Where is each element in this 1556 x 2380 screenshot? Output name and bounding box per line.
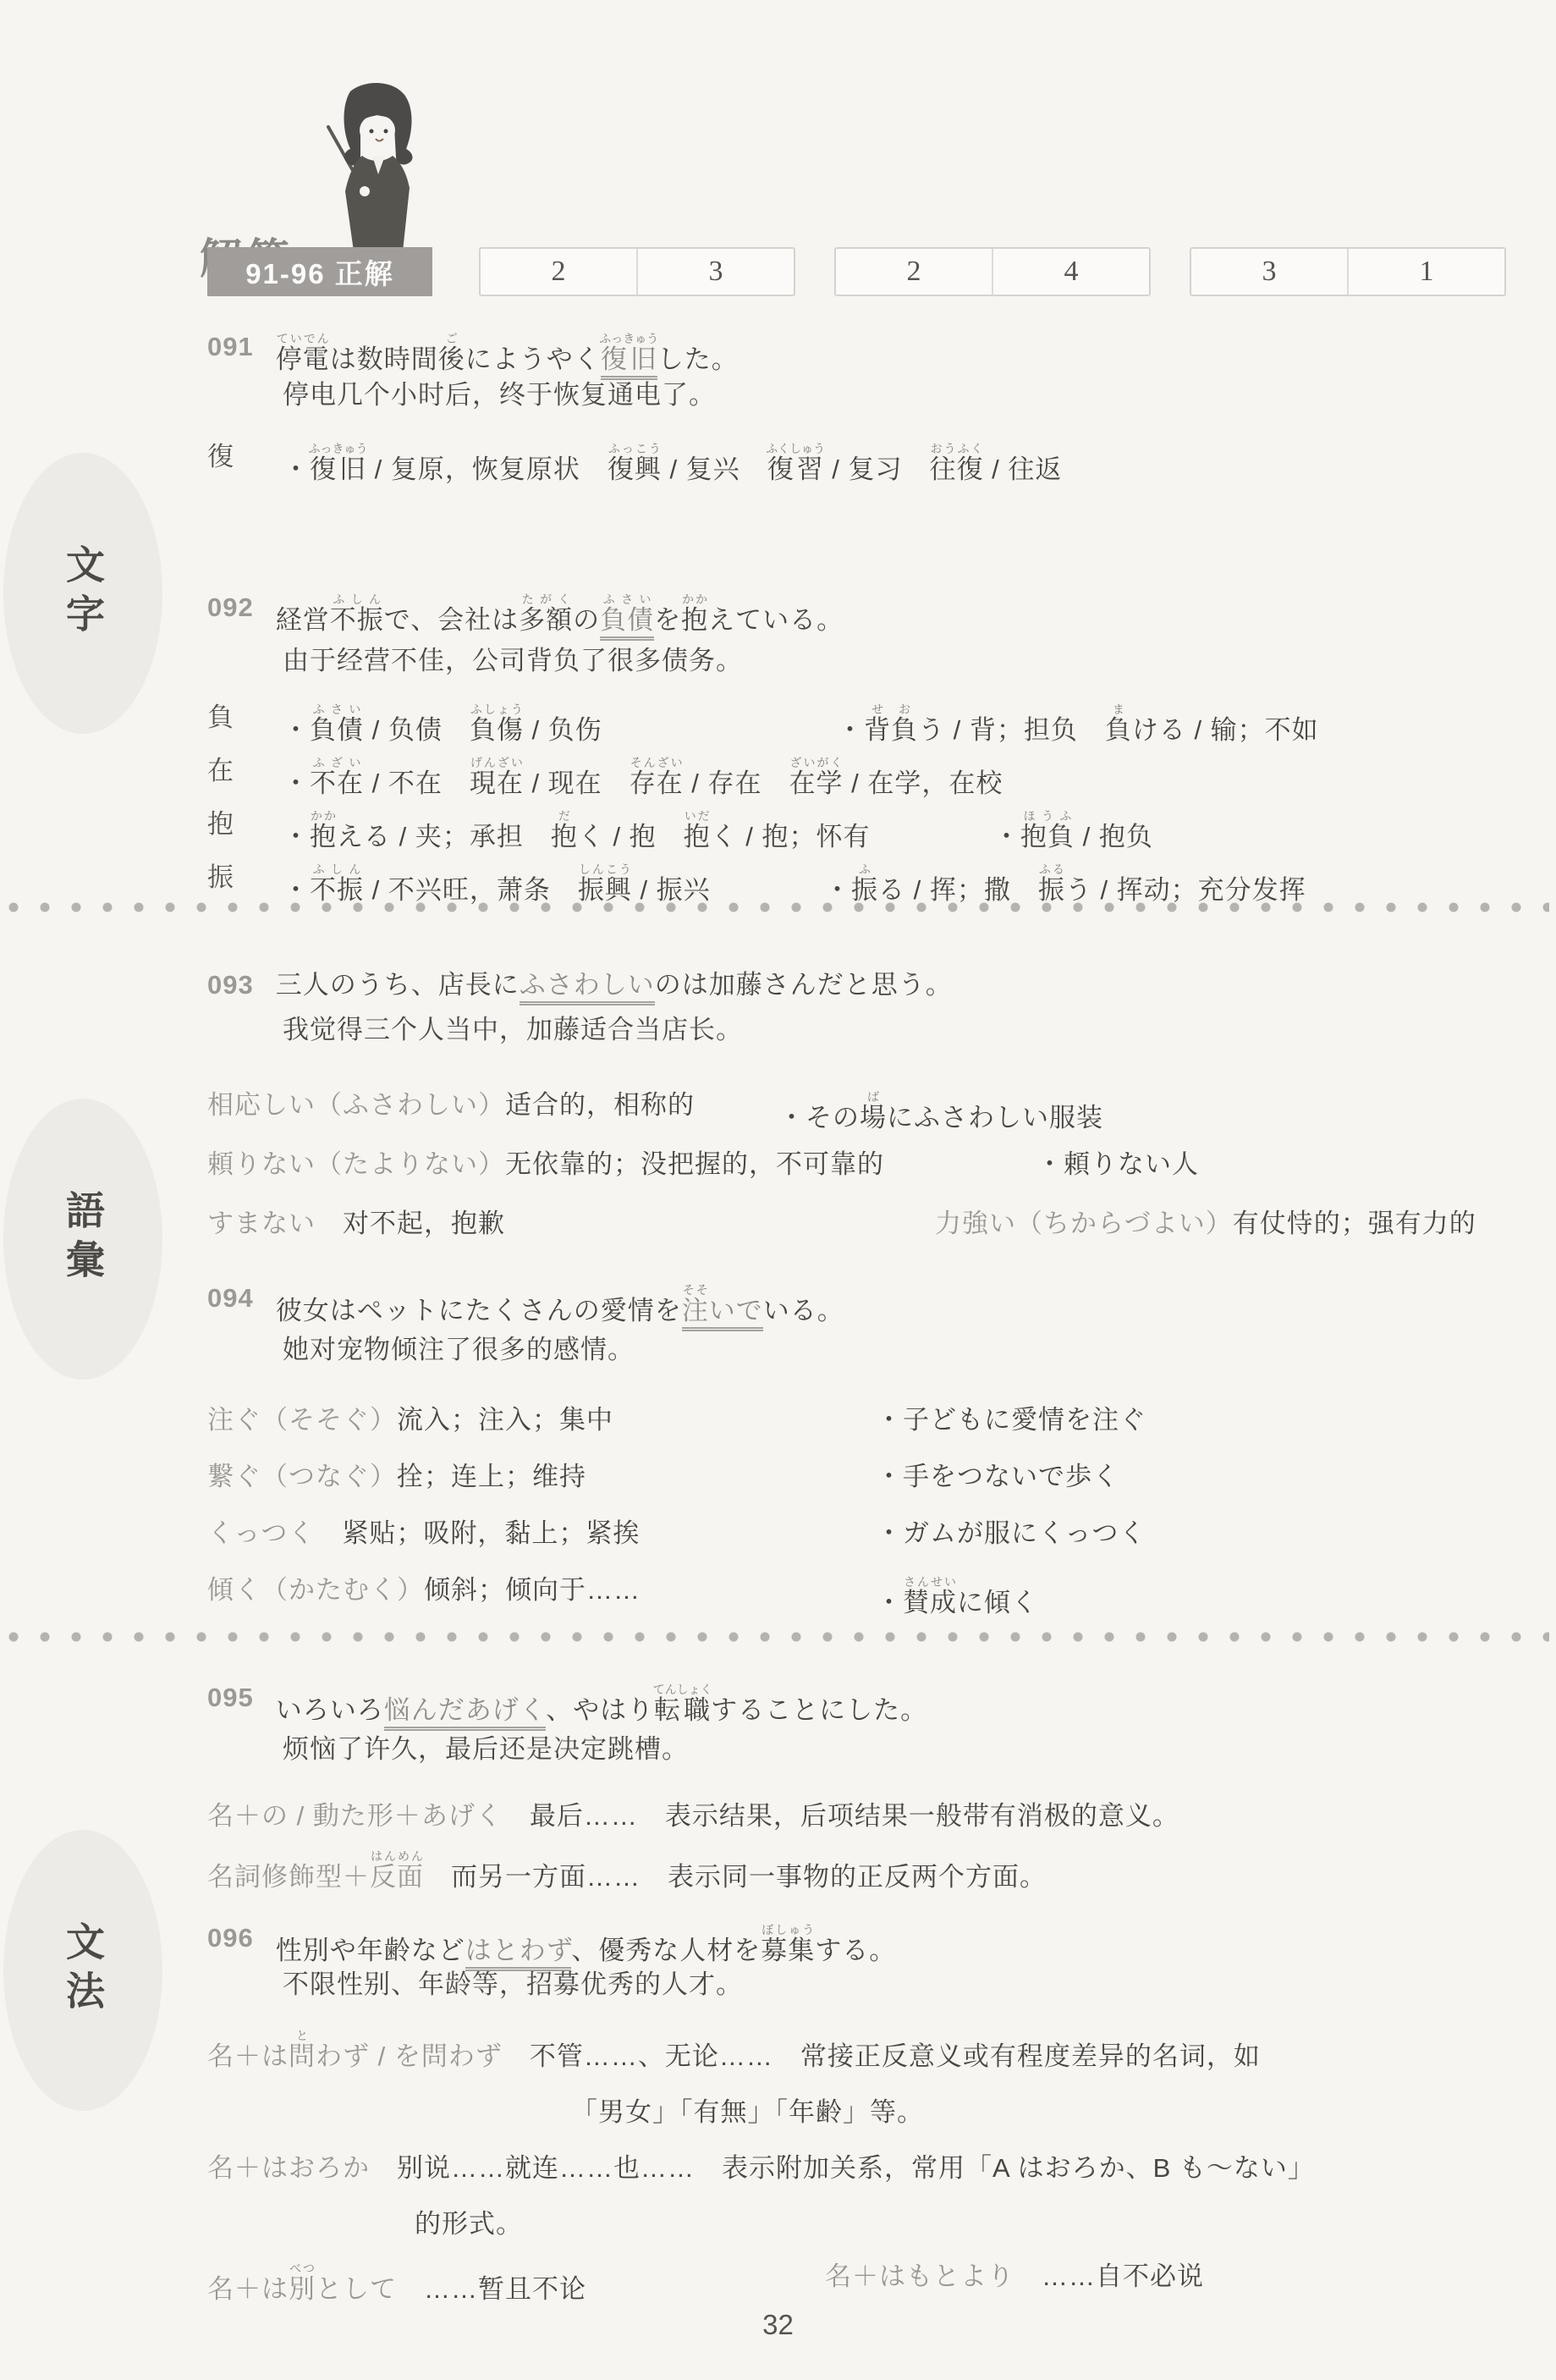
question-number: 093: [207, 970, 254, 1000]
vocab-entry: 相応しい（ふさわしい）适合的，相称的: [207, 1090, 778, 1133]
kanji-row: 復 ・復旧ふっきゅう / 复原，恢复原状 復興ふっこう / 复兴 復習ふくしゅう…: [207, 425, 1062, 485]
answer-value: 4: [992, 249, 1149, 295]
question-sentence: 性別や年齢などはとわず、優秀な人材を募集ぼしゅうする。: [276, 1923, 897, 1966]
question-095: 095 いろいろ悩んだあげく、やはり転職てんしょくすることにした。: [207, 1666, 927, 1726]
kanji-row: 負 ・負債ふさい / 负债 負傷ふしょう / 负伤 ・背負せおう / 背；担负 …: [207, 686, 1319, 746]
vocab-example: ・賛成さんせいに傾く: [876, 1575, 1038, 1618]
answer-box-group: 2 3: [479, 247, 795, 296]
vocab-row: すまない 对不起，抱歉 力強い（ちからづよい）有仗恃的；强有力的: [207, 1192, 1476, 1239]
vocab-entry: 頼りない（たよりない）无依靠的；没把握的，不可靠的: [207, 1149, 1036, 1180]
grammar-pattern: 名詞修飾型＋反面はんめん 而另一方面…… 表示同一事物的正反两个方面。: [207, 1862, 1047, 1892]
vocab-row: 繋ぐ（つなぐ）拴；连上；维持 ・手をつないで歩く: [207, 1445, 1119, 1492]
vocab-row: 相応しい（ふさわしい）适合的，相称的 ・その場ばにふさわしい服装: [207, 1073, 1103, 1133]
vocab-entry: くっつく 紧贴；吸附，黏上；紧挨: [207, 1518, 876, 1549]
grammar-pattern: 名＋は問とわず / を問わず 不管……、无论…… 常接正反意义或有程度差异的名词…: [207, 2041, 1261, 2071]
sidebar-tab-bunpou: 文法: [3, 1830, 162, 2111]
chinese-translation: 她对宠物倾注了很多的感情。: [283, 1334, 635, 1365]
grammar-row: 名＋は問とわず / を問わず 不管……、无论…… 常接正反意义或有程度差异的名词…: [207, 2025, 1261, 2072]
sidebar-tab-label: 語彙: [55, 1190, 111, 1288]
question-094: 094 彼女はペットにたくさんの愛情を注そそいでいる。: [207, 1266, 844, 1326]
answer-value: 3: [636, 249, 794, 295]
vocab-row: くっつく 紧贴；吸附，黏上；紧挨 ・ガムが服にくっつく: [207, 1501, 1146, 1549]
sidebar-tab-label: 文字: [55, 544, 111, 642]
question-number: 095: [207, 1683, 254, 1713]
answer-range-badge: 91-96 正解: [207, 247, 432, 296]
dotted-separator: [7, 1630, 1549, 1644]
chinese-translation: 不限性别、年龄等，招募优秀的人才。: [283, 1969, 743, 2000]
sidebar-tab-label: 文法: [55, 1921, 111, 2019]
kanji-label: 復: [207, 442, 283, 472]
question-sentence: 三人のうち、店長にふさわしいのは加藤さんだと思う。: [276, 970, 953, 1000]
kanji-label: 振: [207, 862, 283, 893]
chinese-translation: 由于经营不佳，公司背负了很多债务。: [283, 645, 743, 676]
answer-value: 1: [1347, 249, 1504, 295]
vocab-entry: すまない 对不起，抱歉: [207, 1209, 935, 1239]
grammar-row: 名＋は別べつとして ……暂且不论 名＋はもとより ……自不必说: [207, 2245, 1204, 2305]
question-092: 092 経営不振ふしんで、会社は多額たがくの負債ふさいを抱かかえている。: [207, 576, 844, 636]
vocab-entry: 繋ぐ（つなぐ）拴；连上；维持: [207, 1462, 876, 1492]
grammar-explanation: 「男女」「有無」「年齢」等。: [571, 2097, 924, 2127]
grammar-pattern: 名＋はおろか 别说……就连……也…… 表示附加关系，常用「A はおろか、B も～…: [207, 2153, 1315, 2183]
vocab-example: ・ガムが服にくっつく: [876, 1518, 1146, 1549]
kanji-row: 振 ・不振ふしん / 不兴旺，萧条 振興しんこう / 振兴 ・振ふる / 挥；撒…: [207, 846, 1306, 906]
grammar-pattern: 名＋は別べつとして ……暂且不论: [207, 2262, 825, 2305]
vocab-entry: 注ぐ（そそぐ）流入；注入；集中: [207, 1405, 876, 1435]
vocab-entry: 傾く（かたむく）倾斜；倾向于……: [207, 1575, 876, 1618]
question-096: 096 性別や年齢などはとわず、優秀な人材を募集ぼしゅうする。: [207, 1906, 896, 1966]
vocab-example: ・子どもに愛情を注ぐ: [876, 1405, 1146, 1435]
grammar-row: 名詞修飾型＋反面はんめん 而另一方面…… 表示同一事物的正反两个方面。: [207, 1845, 1047, 1892]
grammar-row: 名＋の / 動た形＋あげく 最后…… 表示结果，后项结果一般带有消极的意义。: [207, 1784, 1179, 1832]
kanji-label: 在: [207, 756, 283, 786]
chinese-translation: 停电几个小时后，终于恢复通电了。: [283, 379, 716, 410]
kanji-row: 在 ・不在ふざい / 不在 現在げんざい / 现在 存在そんざい / 存在 在学…: [207, 739, 1003, 799]
dotted-separator: [7, 901, 1549, 914]
sidebar-tab-moji: 文字: [3, 453, 162, 734]
sidebar-tab-goi: 語彙: [3, 1099, 162, 1380]
grammar-row-continuation: 「男女」「有無」「年齢」等。: [207, 2080, 924, 2128]
kanji-definitions: ・振ふる / 挥；撒 振ふるう / 挥动；充分发挥: [824, 862, 1306, 906]
kanji-row: 抱 ・抱かかえる / 夹；承担 抱だく / 抱 抱いだく / 抱；怀有 ・抱負ほ…: [207, 792, 1153, 852]
grammar-explanation: 的形式。: [415, 2209, 523, 2239]
vocab-example: ・頼りない人: [1036, 1149, 1199, 1180]
kanji-definitions: ・不振ふしん / 不兴旺，萧条 振興しんこう / 振兴: [283, 862, 824, 906]
vocab-entry: 力強い（ちからづよい）有仗恃的；强有力的: [935, 1209, 1476, 1239]
question-091: 091 停電ていでんは数時間後ごにようやく復旧ふっきゅうした。: [207, 315, 739, 375]
question-number: 096: [207, 1923, 254, 1953]
question-number: 092: [207, 592, 254, 623]
vocab-example: ・手をつないで歩く: [876, 1462, 1119, 1492]
grammar-pattern: 名＋の / 動た形＋あげく 最后…… 表示结果，后项结果一般带有消极的意义。: [207, 1801, 1179, 1831]
kanji-label: 抱: [207, 809, 283, 840]
scanned-textbook-page: 解答 91-96 正解 2 3 2 4 3 1 文字 語彙 文法 091 停電て…: [0, 0, 1556, 2380]
page-number: 32: [0, 2309, 1556, 2341]
grammar-row-continuation: 的形式。: [207, 2192, 523, 2240]
teacher-illustration: [315, 78, 442, 260]
answer-value: 2: [481, 249, 636, 295]
grammar-row: 名＋はおろか 别说……就连……也…… 表示附加关系，常用「A はおろか、B も～…: [207, 2136, 1315, 2184]
vocab-row: 注ぐ（そそぐ）流入；注入；集中 ・子どもに愛情を注ぐ: [207, 1388, 1146, 1435]
answer-box-group: 3 1: [1190, 247, 1506, 296]
question-number: 091: [207, 332, 254, 362]
answer-value: 3: [1191, 249, 1347, 295]
question-sentence: いろいろ悩んだあげく、やはり転職てんしょくすることにした。: [276, 1683, 927, 1726]
question-093: 093 三人のうち、店長にふさわしいのは加藤さんだと思う。: [207, 953, 953, 1000]
chinese-translation: 我觉得三个人当中，加藤适合当店长。: [283, 1014, 743, 1045]
kanji-definitions: ・復旧ふっきゅう / 复原，恢复原状 復興ふっこう / 复兴 復習ふくしゅう /…: [283, 442, 1062, 485]
vocab-row: 傾く（かたむく）倾斜；倾向于…… ・賛成さんせいに傾く: [207, 1558, 1038, 1618]
grammar-pattern: 名＋はもとより ……自不必说: [825, 2262, 1204, 2305]
question-sentence: 彼女はペットにたくさんの愛情を注そそいでいる。: [276, 1283, 844, 1326]
question-sentence: 経営不振ふしんで、会社は多額たがくの負債ふさいを抱かかえている。: [276, 592, 844, 636]
kanji-label: 負: [207, 702, 283, 733]
question-number: 094: [207, 1283, 254, 1314]
answer-value: 2: [836, 249, 992, 295]
chinese-translation: 烦恼了许久，最后还是决定跳槽。: [283, 1733, 689, 1765]
answer-box-group: 2 4: [834, 247, 1151, 296]
vocab-row: 頼りない（たよりない）无依靠的；没把握的，不可靠的 ・頼りない人: [207, 1132, 1199, 1180]
question-sentence: 停電ていでんは数時間後ごにようやく復旧ふっきゅうした。: [276, 332, 739, 375]
vocab-example: ・その場ばにふさわしい服装: [778, 1090, 1103, 1133]
